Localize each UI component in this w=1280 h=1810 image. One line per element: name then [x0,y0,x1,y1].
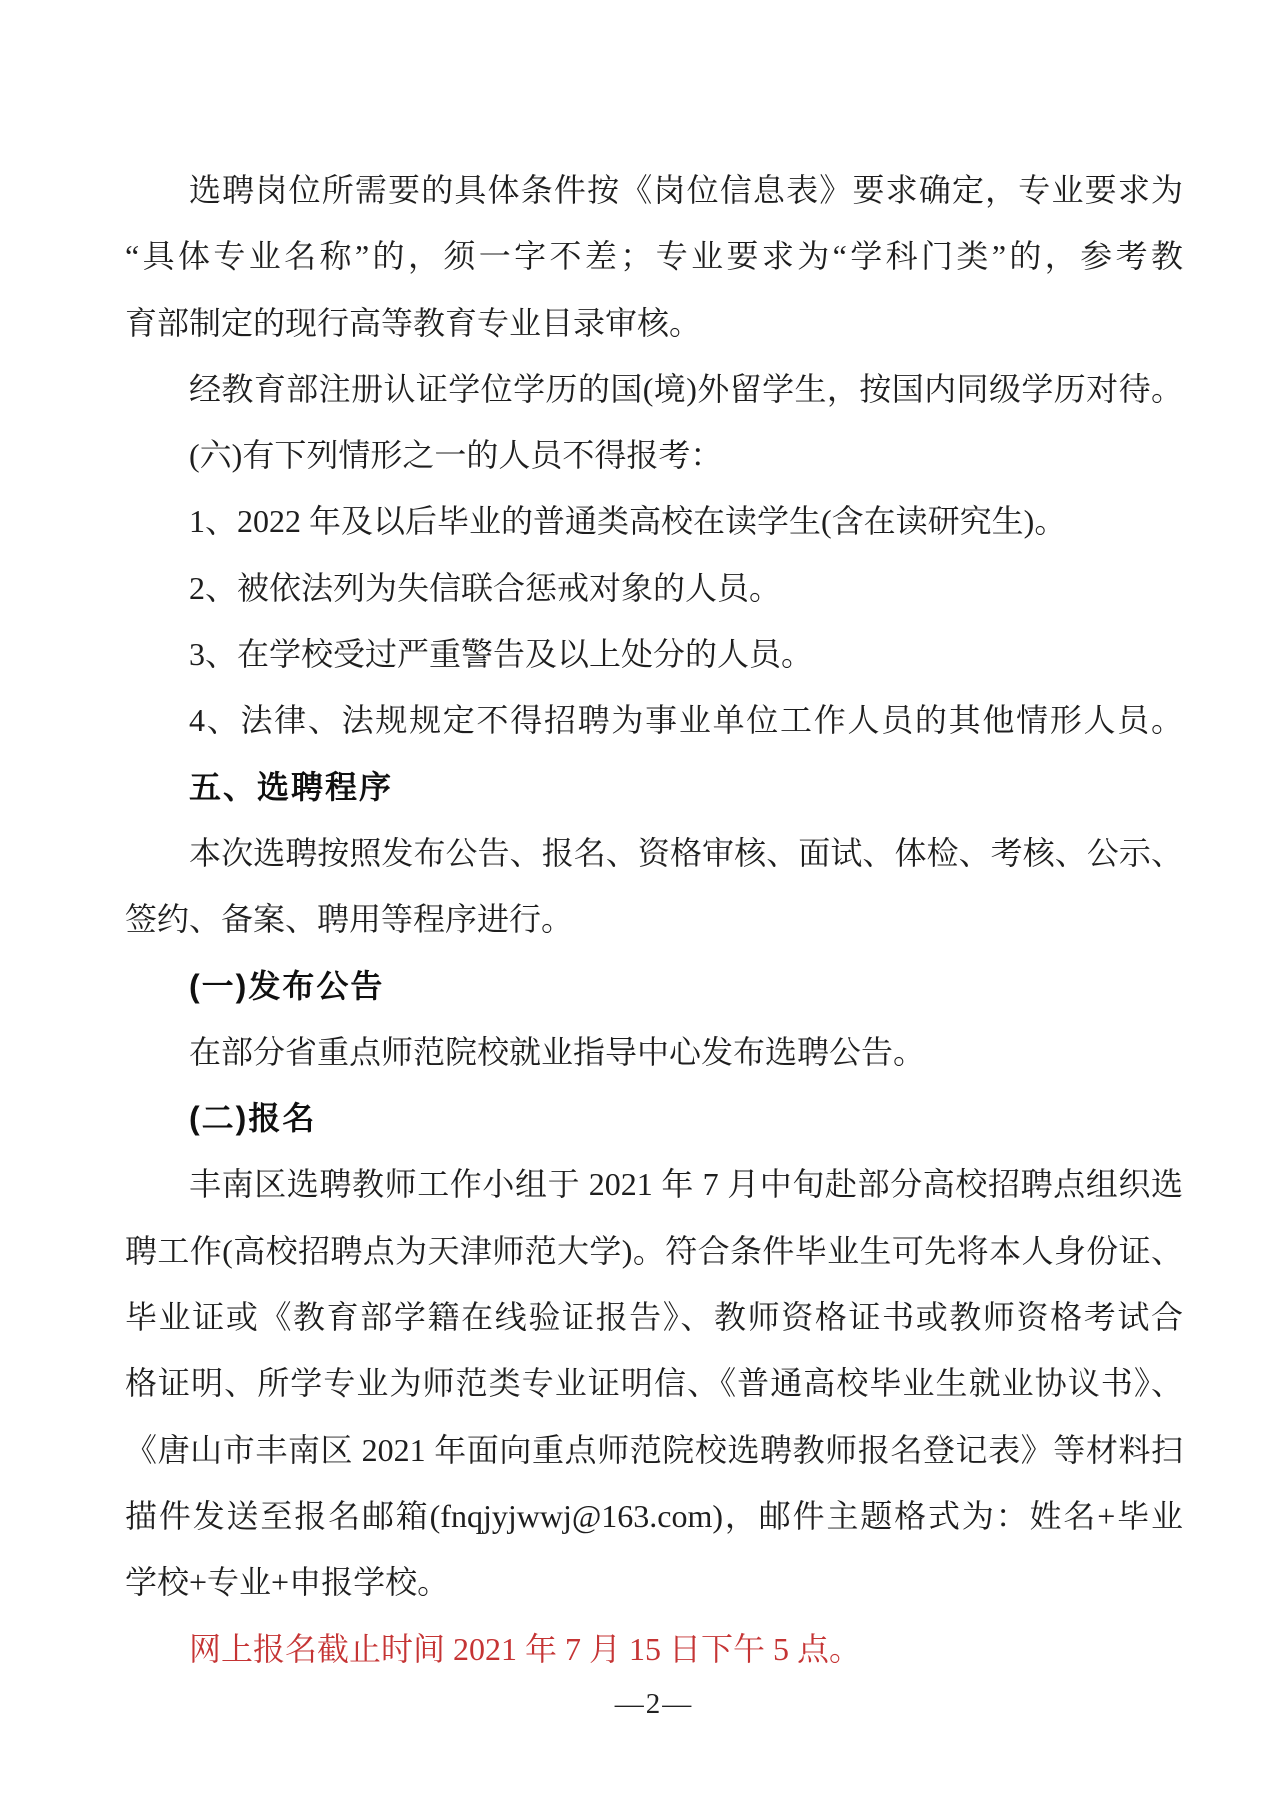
document-line: 格证明、所学专业为师范类专业证明信、《普通高校毕业生就业协议书》、 [125,1350,1183,1416]
deadline-notice: 网上报名截止时间 2021 年 7 月 15 日下午 5 点。 [125,1616,1183,1682]
document-line: 毕业证或《教育部学籍在线验证报告》、教师资格证书或教师资格考试合 [125,1284,1183,1350]
list-item-line: 1、2022 年及以后毕业的普通类高校在读学生(含在读研究生)。 [125,488,1183,554]
document-line: 学校+专业+申报学校。 [125,1549,1183,1615]
document-line: 签约、备案、聘用等程序进行。 [125,886,1183,952]
document-line: 本次选聘按照发布公告、报名、资格审核、面试、体检、考核、公示、 [125,820,1183,886]
document-line: “具体专业名称”的，须一字不差；专业要求为“学科门类”的，参考教 [125,223,1183,289]
document-line: 经教育部注册认证学位学历的国(境)外留学生，按国内同级学历对待。 [125,356,1183,422]
document-line: 聘工作(高校招聘点为天津师范大学)。符合条件毕业生可先将本人身份证、 [125,1218,1183,1284]
section-heading: 五、选聘程序 [125,754,1183,820]
document-line: 选聘岗位所需要的具体条件按《岗位信息表》要求确定，专业要求为 [125,157,1183,223]
document-line: 丰南区选聘教师工作小组于 2021 年 7 月中旬赴部分高校招聘点组织选 [125,1151,1183,1217]
list-item-line: 4、法律、法规规定不得招聘为事业单位工作人员的其他情形人员。 [125,687,1183,753]
document-line: 《唐山市丰南区 2021 年面向重点师范院校选聘教师报名登记表》等材料扫 [125,1417,1183,1483]
document-line: 在部分省重点师范院校就业指导中心发布选聘公告。 [125,1019,1183,1085]
document-line: (六)有下列情形之一的人员不得报考： [125,422,1183,488]
list-item-line: 2、被依法列为失信联合惩戒对象的人员。 [125,555,1183,621]
subsection-heading: (一)发布公告 [125,953,1183,1019]
document-body: 选聘岗位所需要的具体条件按《岗位信息表》要求确定，专业要求为 “具体专业名称”的… [125,157,1183,1726]
list-item-line: 3、在学校受过严重警告及以上处分的人员。 [125,621,1183,687]
document-line: 育部制定的现行高等教育专业目录审核。 [125,290,1183,356]
document-page: 选聘岗位所需要的具体条件按《岗位信息表》要求确定，专业要求为 “具体专业名称”的… [0,0,1280,1810]
subsection-heading: (二)报名 [125,1085,1183,1151]
page-number: —2— [125,1682,1183,1726]
document-line: 描件发送至报名邮箱(fnqjyjwwj@163.com)，邮件主题格式为：姓名+… [125,1483,1183,1549]
